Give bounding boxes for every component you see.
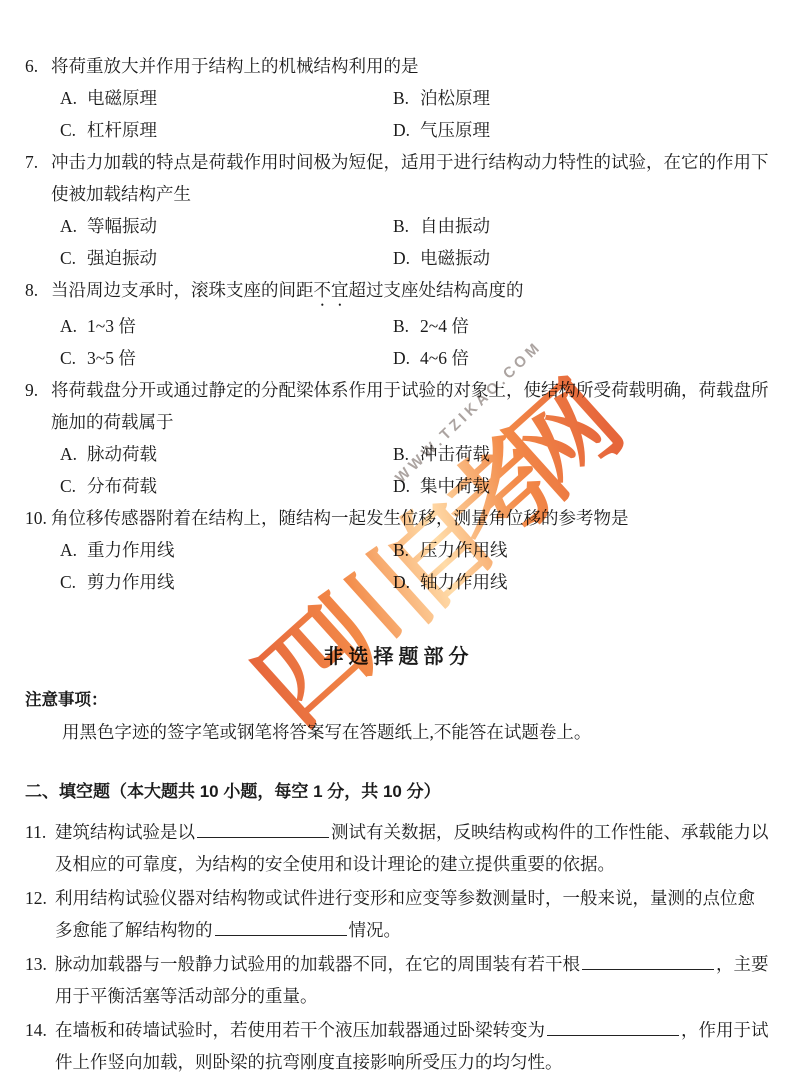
option-c: C.分布荷载 — [60, 470, 393, 502]
option-text: 等幅振动 — [87, 216, 157, 236]
option-letter: B. — [393, 438, 420, 470]
fill-question-list: 11. 建筑结构试验是以测试有关数据，反映结构或构件的工作性能、承载能力以及相应… — [25, 816, 772, 1078]
option-text: 1~3 倍 — [87, 316, 136, 336]
option-text: 自由振动 — [420, 216, 490, 236]
option-text: 杠杆原理 — [87, 120, 157, 140]
question-stem-text: 角位移传感器附着在结构上，随结构一起发生位移，测量角位移的参考物是 — [51, 502, 772, 534]
notice-heading: 注意事项： — [25, 684, 772, 716]
option-text: 分布荷载 — [87, 476, 157, 496]
stem-pre: 当沿周边支承时，滚珠支座的间距 — [51, 280, 314, 300]
options-grid: A.重力作用线 B.压力作用线 C.剪力作用线 D.轴力作用线 — [60, 534, 772, 598]
question-number: 7. — [25, 146, 51, 210]
exam-paper-page: 6. 将荷重放大并作用于结构上的机械结构利用的是 A.电磁原理 B.泊松原理 C… — [0, 0, 800, 1086]
option-text: 集中荷载 — [420, 476, 490, 496]
answer-blank — [582, 955, 714, 970]
fill-pre: 在墙板和砖墙试验时，若使用若干个液压加载器通过卧梁转变为 — [55, 1020, 545, 1040]
question-number: 12. — [25, 882, 55, 946]
option-letter: C. — [60, 114, 87, 146]
stem-emphasized: 不宜 — [314, 280, 349, 300]
option-b: B.冲击荷载 — [393, 438, 772, 470]
option-letter: C. — [60, 566, 87, 598]
option-text: 2~4 倍 — [420, 316, 469, 336]
question-stem: 7. 冲击力加载的特点是荷载作用时间极为短促，适用于进行结构动力特性的试验，在它… — [25, 146, 772, 210]
option-text: 强迫振动 — [87, 248, 157, 268]
option-text: 脉动荷载 — [87, 444, 157, 464]
option-text: 泊松原理 — [420, 88, 490, 108]
option-letter: C. — [60, 342, 87, 374]
option-letter: B. — [393, 82, 420, 114]
option-text: 电磁振动 — [420, 248, 490, 268]
question-number: 14. — [25, 1014, 55, 1078]
option-d: D.4~6 倍 — [393, 342, 772, 374]
page-content: 6. 将荷重放大并作用于结构上的机械结构利用的是 A.电磁原理 B.泊松原理 C… — [0, 0, 800, 1078]
option-letter: B. — [393, 310, 420, 342]
answer-blank — [215, 921, 347, 936]
mcq-question-6: 6. 将荷重放大并作用于结构上的机械结构利用的是 A.电磁原理 B.泊松原理 C… — [25, 50, 772, 146]
fill-pre: 脉动加载器与一般静力试验用的加载器不同，在它的周围装有若干根 — [55, 954, 580, 974]
fill-question-11: 11. 建筑结构试验是以测试有关数据，反映结构或构件的工作性能、承载能力以及相应… — [25, 816, 772, 880]
option-letter: D. — [393, 242, 420, 274]
options-grid: A.脉动荷载 B.冲击荷载 C.分布荷载 D.集中荷载 — [60, 438, 772, 502]
question-number: 10. — [25, 502, 51, 534]
option-text: 4~6 倍 — [420, 348, 469, 368]
question-number: 6. — [25, 50, 51, 82]
option-c: C.强迫振动 — [60, 242, 393, 274]
option-letter: A. — [60, 534, 87, 566]
option-c: C.杠杆原理 — [60, 114, 393, 146]
option-text: 轴力作用线 — [420, 572, 508, 592]
question-stem-text: 将荷重放大并作用于结构上的机械结构利用的是 — [51, 50, 772, 82]
option-b: B.自由振动 — [393, 210, 772, 242]
option-letter: B. — [393, 210, 420, 242]
option-text: 3~5 倍 — [87, 348, 136, 368]
option-letter: C. — [60, 242, 87, 274]
option-text: 剪力作用线 — [87, 572, 175, 592]
option-letter: D. — [393, 566, 420, 598]
option-c: C.剪力作用线 — [60, 566, 393, 598]
option-letter: C. — [60, 470, 87, 502]
fill-question-text: 脉动加载器与一般静力试验用的加载器不同，在它的周围装有若干根，主要用于平衡活塞等… — [55, 948, 772, 1012]
question-stem: 9. 将荷载盘分开或通过静定的分配梁体系作用于试验的对象上，使结构所受荷载明确，… — [25, 374, 772, 438]
option-a: A.1~3 倍 — [60, 310, 393, 342]
option-text: 冲击荷载 — [420, 444, 490, 464]
question-stem: 6. 将荷重放大并作用于结构上的机械结构利用的是 — [25, 50, 772, 82]
question-stem: 10. 角位移传感器附着在结构上，随结构一起发生位移，测量角位移的参考物是 — [25, 502, 772, 534]
mcq-question-10: 10. 角位移传感器附着在结构上，随结构一起发生位移，测量角位移的参考物是 A.… — [25, 502, 772, 598]
option-text: 气压原理 — [420, 120, 490, 140]
notice-body: 用黑色字迹的签字笔或钢笔将答案写在答题纸上,不能答在试题卷上。 — [25, 716, 772, 748]
option-letter: A. — [60, 438, 87, 470]
option-text: 重力作用线 — [87, 540, 175, 560]
question-stem-text: 冲击力加载的特点是荷载作用时间极为短促，适用于进行结构动力特性的试验，在它的作用… — [51, 146, 772, 210]
fill-question-text: 在墙板和砖墙试验时，若使用若干个液压加载器通过卧梁转变为，作用于试件上作竖向加载… — [55, 1014, 772, 1078]
options-grid: A.1~3 倍 B.2~4 倍 C.3~5 倍 D.4~6 倍 — [60, 310, 772, 374]
option-text: 电磁原理 — [87, 88, 157, 108]
mcq-question-8: 8. 当沿周边支承时，滚珠支座的间距不宜超过支座处结构高度的 A.1~3 倍 B… — [25, 274, 772, 374]
option-text: 压力作用线 — [420, 540, 508, 560]
option-d: D.气压原理 — [393, 114, 772, 146]
question-stem-text: 将荷载盘分开或通过静定的分配梁体系作用于试验的对象上，使结构所受荷载明确，荷载盘… — [51, 374, 772, 438]
question-number: 8. — [25, 274, 51, 310]
option-letter: B. — [393, 534, 420, 566]
fill-question-14: 14. 在墙板和砖墙试验时，若使用若干个液压加载器通过卧梁转变为，作用于试件上作… — [25, 1014, 772, 1078]
question-number: 13. — [25, 948, 55, 1012]
answer-blank — [197, 823, 329, 838]
option-c: C.3~5 倍 — [60, 342, 393, 374]
fill-question-text: 利用结构试验仪器对结构物或试件进行变形和应变等参数测量时，一般来说，量测的点位愈… — [55, 882, 772, 946]
option-d: D.轴力作用线 — [393, 566, 772, 598]
fill-question-text: 建筑结构试验是以测试有关数据，反映结构或构件的工作性能、承载能力以及相应的可靠度… — [55, 816, 772, 880]
question-number: 9. — [25, 374, 51, 438]
question-stem-text: 当沿周边支承时，滚珠支座的间距不宜超过支座处结构高度的 — [51, 274, 772, 310]
option-d: D.集中荷载 — [393, 470, 772, 502]
option-a: A.等幅振动 — [60, 210, 393, 242]
option-letter: A. — [60, 310, 87, 342]
question-stem: 8. 当沿周边支承时，滚珠支座的间距不宜超过支座处结构高度的 — [25, 274, 772, 310]
option-a: A.电磁原理 — [60, 82, 393, 114]
option-letter: A. — [60, 210, 87, 242]
option-a: A.重力作用线 — [60, 534, 393, 566]
fill-pre: 建筑结构试验是以 — [55, 822, 195, 842]
fill-pre: 利用结构试验仪器对结构物或试件进行变形和应变等参数测量时，一般来说，量测的点位愈… — [55, 888, 755, 940]
mcq-question-9: 9. 将荷载盘分开或通过静定的分配梁体系作用于试验的对象上，使结构所受荷载明确，… — [25, 374, 772, 502]
stem-post: 超过支座处结构高度的 — [349, 280, 524, 300]
options-grid: A.电磁原理 B.泊松原理 C.杠杆原理 D.气压原理 — [60, 82, 772, 146]
option-letter: D. — [393, 470, 420, 502]
option-b: B.压力作用线 — [393, 534, 772, 566]
option-letter: D. — [393, 342, 420, 374]
fill-question-13: 13. 脉动加载器与一般静力试验用的加载器不同，在它的周围装有若干根，主要用于平… — [25, 948, 772, 1012]
option-a: A.脉动荷载 — [60, 438, 393, 470]
option-b: B.2~4 倍 — [393, 310, 772, 342]
mcq-question-7: 7. 冲击力加载的特点是荷载作用时间极为短促，适用于进行结构动力特性的试验，在它… — [25, 146, 772, 274]
fill-question-12: 12. 利用结构试验仪器对结构物或试件进行变形和应变等参数测量时，一般来说，量测… — [25, 882, 772, 946]
fill-post: 情况。 — [349, 920, 402, 940]
option-letter: D. — [393, 114, 420, 146]
options-grid: A.等幅振动 B.自由振动 C.强迫振动 D.电磁振动 — [60, 210, 772, 274]
answer-blank — [547, 1021, 679, 1036]
option-d: D.电磁振动 — [393, 242, 772, 274]
fill-section-heading: 二、填空题（本大题共 10 小题，每空 1 分，共 10 分） — [25, 776, 772, 808]
section-title: 非选择题部分 — [25, 640, 772, 674]
option-letter: A. — [60, 82, 87, 114]
question-number: 11. — [25, 816, 55, 880]
option-b: B.泊松原理 — [393, 82, 772, 114]
